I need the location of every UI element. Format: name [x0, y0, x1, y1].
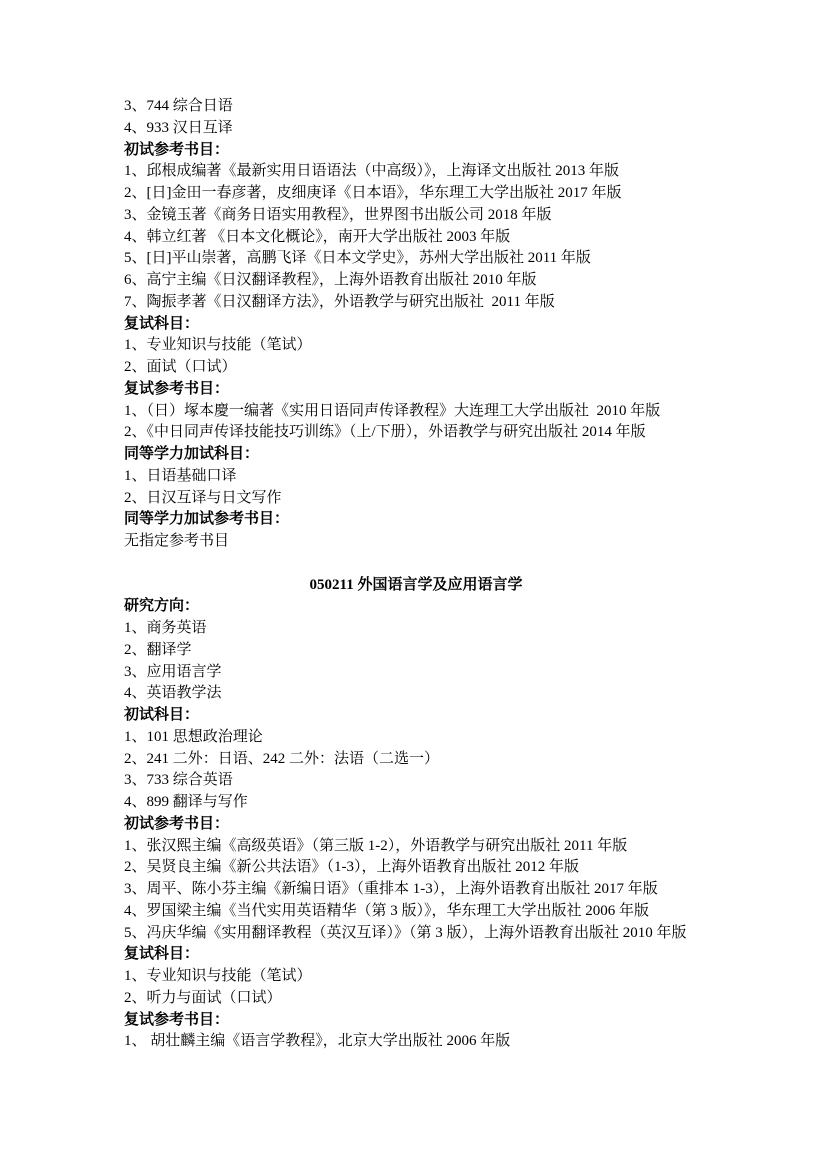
document-line: 3、744 综合日语 — [124, 96, 708, 118]
document-line: 2、日汉互译与日文写作 — [124, 488, 708, 510]
document-line: 2、听力与面试（口试） — [124, 988, 708, 1010]
section-label: 初试参考书目： — [124, 140, 708, 162]
document-line: 4、899 翻译与写作 — [124, 792, 708, 814]
document-line: 5、[日]平山崇著，高鹏飞译《日本文学史》，苏州大学出版社 2011 年版 — [124, 248, 708, 270]
section-label: 初试科目： — [124, 705, 708, 727]
document-line: 4、933 汉日互译 — [124, 118, 708, 140]
section-label: 复试科目： — [124, 944, 708, 966]
section-label: 复试科目： — [124, 314, 708, 336]
document-page: 3、744 综合日语4、933 汉日互译初试参考书目：1、邱根成编著《最新实用日… — [0, 0, 828, 1170]
program-title: 050211 外国语言学及应用语言学 — [124, 575, 708, 597]
document-body: 3、744 综合日语4、933 汉日互译初试参考书目：1、邱根成编著《最新实用日… — [124, 96, 708, 1053]
document-line: 1、邱根成编著《最新实用日语语法（中高级）》，上海译文出版社 2013 年版 — [124, 161, 708, 183]
document-line: 1、（日）塚本慶一编著《实用日语同声传译教程》大连理工大学出版社 2010 年版 — [124, 401, 708, 423]
document-line: 4、韩立红著 《日本文化概论》，南开大学出版社 2003 年版 — [124, 227, 708, 249]
document-line: 2、241 二外：日语、242 二外：法语（二选一） — [124, 749, 708, 771]
section-label: 同等学力加试科目： — [124, 444, 708, 466]
document-line: 5、冯庆华编《实用翻译教程（英汉互译）》（第 3 版），上海外语教育出版社 20… — [124, 923, 708, 945]
document-line: 1、日语基础口译 — [124, 466, 708, 488]
document-line: 1、专业知识与技能（笔试） — [124, 335, 708, 357]
document-line: 1、商务英语 — [124, 618, 708, 640]
section-label: 同等学力加试参考书目： — [124, 509, 708, 531]
section-label: 研究方向： — [124, 596, 708, 618]
document-line: 3、733 综合英语 — [124, 770, 708, 792]
section-label: 复试参考书目： — [124, 1010, 708, 1032]
document-line: 2、吴贤良主编《新公共法语》（1-3），上海外语教育出版社 2012 年版 — [124, 857, 708, 879]
document-line: 3、周平、陈小芬主编《新编日语》（重排本 1-3），上海外语教育出版社 2017… — [124, 879, 708, 901]
document-line: 3、金镜玉著《商务日语实用教程》，世界图书出版公司 2018 年版 — [124, 205, 708, 227]
document-line: 1、专业知识与技能（笔试） — [124, 966, 708, 988]
document-line: 2、面试（口试） — [124, 357, 708, 379]
document-line: 3、应用语言学 — [124, 662, 708, 684]
document-line: 1、101 思想政治理论 — [124, 727, 708, 749]
document-line: 1、 胡壮麟主编《语言学教程》，北京大学出版社 2006 年版 — [124, 1031, 708, 1053]
document-line: 6、高宁主编《日汉翻译教程》，上海外语教育出版社 2010 年版 — [124, 270, 708, 292]
document-line: 4、英语教学法 — [124, 683, 708, 705]
section-label: 复试参考书目： — [124, 379, 708, 401]
section-label: 初试参考书目： — [124, 814, 708, 836]
document-line: 7、陶振孝著《日汉翻译方法》，外语教学与研究出版社 2011 年版 — [124, 292, 708, 314]
document-line: 1、张汉熙主编《高级英语》（第三版 1-2），外语教学与研究出版社 2011 年… — [124, 836, 708, 858]
document-line: 2、[日]金田一春彦著，皮细庚译《日本语》，华东理工大学出版社 2017 年版 — [124, 183, 708, 205]
document-line: 2、《中日同声传译技能技巧训练》（上/下册），外语教学与研究出版社 2014 年… — [124, 422, 708, 444]
document-line: 2、翻译学 — [124, 640, 708, 662]
document-line: 4、罗国梁主编《当代实用英语精华（第 3 版）》，华东理工大学出版社 2006 … — [124, 901, 708, 923]
document-line: 无指定参考书目 — [124, 531, 708, 553]
